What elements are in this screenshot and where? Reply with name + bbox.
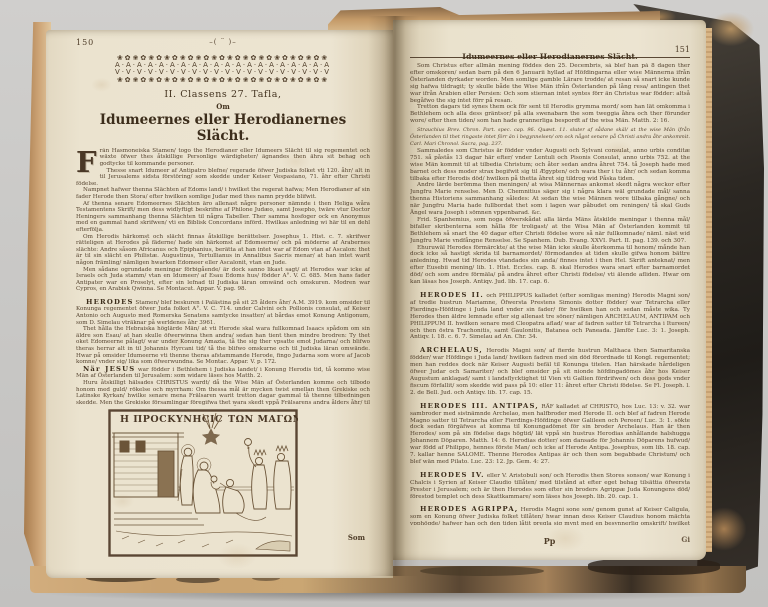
body-paragraph: Strauchius Brev. Chron. Part. spec. cap.… — [410, 127, 690, 148]
right-page: Idumeernes eller Herodianernes Slächt. 1… — [393, 20, 706, 560]
body-paragraph: ARCHELAUS, Herodis Magni son/ af fierde … — [410, 347, 690, 396]
body-paragraph: Ehuruwäl Herodes förmärckte/ at the wise… — [410, 245, 690, 286]
title-om: Om — [76, 102, 370, 111]
headpiece-ornament-band: ❀✿❀✿❀✿❀✿❀✿❀✿❀✿❀✿❀✿❀✿❀✿❀✿❀✿❀ A·A·A·A·A·A·… — [76, 55, 370, 84]
body-paragraph: Om Herodis härkomst och slächt finnas åt… — [76, 234, 370, 267]
body-paragraph: När JESUS war födder i Bethlehem i Judis… — [76, 366, 370, 380]
right-page-header-row: Idumeernes eller Herodianernes Slächt. 1… — [410, 44, 690, 58]
left-page-header-row: 150 –( ¨ )– — [76, 38, 370, 51]
woodcut-adoration-of-the-magi: Η ΠΡΟϹΚΥΝΗϹΙϹ ΤΩΝ ΜΑΓΩΝ — [108, 409, 298, 557]
body-paragraph: HERODES II. och PHILIPPUS kalladet (efte… — [410, 292, 690, 341]
section-lead-caps: HERODES — [86, 298, 134, 306]
body-paragraph: Frid. Spanhemius, som noga öfwerskådat a… — [410, 217, 690, 245]
drop-cap-initial: F — [76, 149, 97, 175]
section-lead-caps: HERODES IV. — [420, 471, 485, 479]
body-paragraph: Nampnet hafwer thenna Slächten af Edoms … — [76, 187, 370, 200]
body-paragraph: Af thenna senare Edomeernes Slächten äro… — [76, 201, 370, 234]
left-page-body-text: Från Hasmoneiska Stamen/ togo the Herodi… — [76, 148, 370, 406]
chapter-title: Idumeernes eller Herodianernes Slächt. — [76, 112, 370, 144]
page-number-right: 151 — [675, 45, 690, 54]
section-lead-caps: ARCHELAUS, — [420, 346, 483, 354]
body-paragraph: Som Christus efter allmän mening föddes … — [410, 63, 690, 104]
body-paragraph: HERODES IV. eller V. Aristobuli son/ och… — [410, 472, 690, 501]
body-paragraph: HERODES III. ANTIPAS, RÄF kalladet af CH… — [410, 403, 690, 466]
body-paragraph: Sammaledes som Christus är födder vnder … — [410, 148, 690, 183]
woodcut-caption-greek-right: ΤΩΝ ΜΑΓΩΝ — [228, 414, 298, 425]
catchword: Gi — [681, 535, 690, 544]
section-lead-caps: HERODES II. — [420, 291, 484, 299]
section-lead-caps: HERODES III. ANTIPAS, — [420, 402, 539, 410]
ornament-row: ❀✿❀✿❀✿❀✿❀✿❀✿❀✿❀✿❀✿❀✿❀✿❀✿❀✿❀ — [76, 77, 370, 84]
photo-scene: 150 –( ¨ )– ❀✿❀✿❀✿❀✿❀✿❀✿❀✿❀✿❀✿❀✿❀✿❀✿❀✿❀ … — [0, 0, 768, 607]
right-page-body-text: Som Christus efter allmän mening föddes … — [410, 63, 690, 525]
table-number-title: II. Classens 27. Tafla, — [76, 89, 370, 100]
body-paragraph: Andre lärde berömma then meningen/ at wi… — [410, 182, 690, 217]
section-lead-caps: HERODES AGRIPPA, — [420, 505, 518, 513]
edge-smudge — [420, 566, 544, 576]
edge-smudge — [588, 558, 720, 575]
header-ornament: –( ¨ )– — [76, 38, 370, 46]
left-page: 150 –( ¨ )– ❀✿❀✿❀✿❀✿❀✿❀✿❀✿❀✿❀✿❀✿❀✿❀✿❀✿❀ … — [46, 30, 393, 578]
body-paragraph: Thet hålla the Hebraiska höglärde Män/ a… — [76, 326, 370, 366]
catchword: Som — [348, 533, 365, 542]
body-paragraph: Thesse snart Idumeer af Antipatro blefne… — [76, 168, 370, 188]
running-header: Idumeernes eller Herodianernes Slächt. — [462, 52, 637, 61]
body-paragraph: HERODES AGRIPPA, Herodis Magni sone son/… — [410, 506, 690, 525]
signature-mark: Pp — [393, 536, 706, 546]
section-lead-caps: När JESUS — [83, 365, 135, 373]
woodcut-illustration: Η ΠΡΟϹΚΥΝΗϹΙϹ ΤΩΝ ΜΑΓΩΝ — [108, 409, 298, 557]
body-paragraph: Huru åtskilligt hälsades CHRISTUS wardt/… — [76, 380, 370, 406]
body-paragraph: Men sådane ogrundade meningar förbigåend… — [76, 267, 370, 293]
body-paragraph: Tretton dagars tid synes them ock för se… — [410, 104, 690, 125]
opening-paragraph: Från Hasmoneiska Stamen/ togo the Herodi… — [76, 148, 370, 168]
body-paragraph: HERODES Stamen/ blef beskuren i Palästin… — [76, 299, 370, 326]
